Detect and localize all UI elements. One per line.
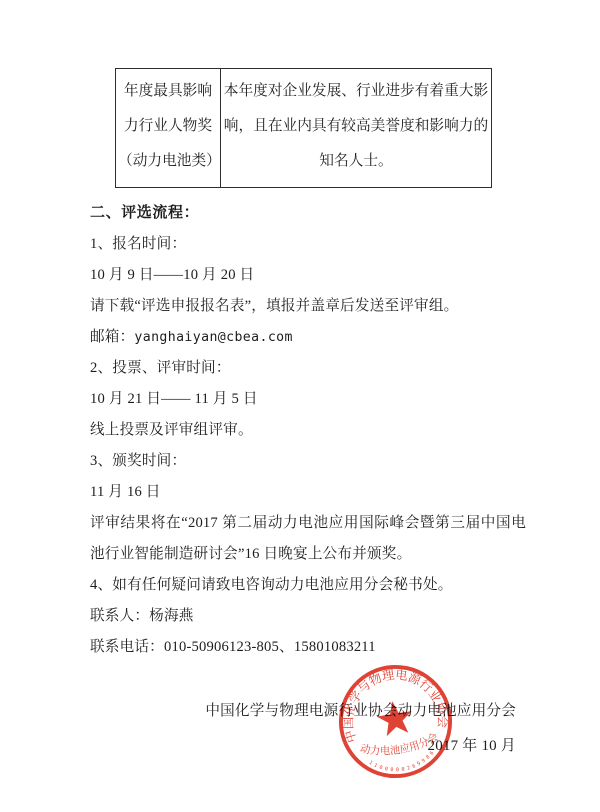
body-text: 二、评选流程： 1、报名时间： 10 月 9 日——10 月 20 日 请下载“…	[90, 198, 526, 663]
award-name-cell: 年度最具影响力行业人物奖（动力电池类）	[116, 69, 221, 188]
line-contact-person: 联系人：杨海燕	[90, 601, 526, 632]
line-ceremony-time: 3、颁奖时间：	[90, 446, 526, 477]
document-page: 年度最具影响力行业人物奖（动力电池类） 本年度对企业发展、行业进步有着重大影响，…	[0, 0, 600, 812]
line-online-voting: 线上投票及评审组评审。	[90, 415, 526, 446]
line-results-announcement: 评审结果将在“2017 第二届动力电池应用国际峰会暨第三届中国电池行业智能制造研…	[90, 508, 526, 570]
signature-date: 2017 年 10 月	[90, 736, 516, 756]
email-address: yanghaiyan@cbea.com	[134, 330, 292, 345]
signature-block: 中国化学与物理电源行业协会动力电池应用分会 2017 年 10 月	[90, 701, 516, 756]
award-table: 年度最具影响力行业人物奖（动力电池类） 本年度对企业发展、行业进步有着重大影响，…	[115, 68, 492, 188]
line-registration-dates: 10 月 9 日——10 月 20 日	[90, 260, 526, 291]
line-download-form: 请下载“评选申报报名表”，填报并盖章后发送至评审组。	[90, 291, 526, 322]
line-voting-dates: 10 月 21 日—— 11 月 5 日	[90, 384, 526, 415]
line-email: 邮箱：yanghaiyan@cbea.com	[90, 322, 526, 353]
line-ceremony-date: 11 月 16 日	[90, 477, 526, 508]
line-voting-time: 2、投票、评审时间：	[90, 353, 526, 384]
section-heading: 二、评选流程：	[90, 198, 526, 229]
award-description-cell: 本年度对企业发展、行业进步有着重大影响，且在业内具有较高美誉度和影响力的知名人士…	[221, 69, 492, 188]
signature-organization: 中国化学与物理电源行业协会动力电池应用分会	[90, 701, 516, 721]
table-row: 年度最具影响力行业人物奖（动力电池类） 本年度对企业发展、行业进步有着重大影响，…	[116, 69, 492, 188]
email-label: 邮箱：	[90, 329, 134, 345]
line-contact-phone: 联系电话：010-50906123-805、15801083211	[90, 632, 526, 663]
line-registration-time: 1、报名时间：	[90, 229, 526, 260]
line-questions: 4、如有任何疑问请致电咨询动力电池应用分会秘书处。	[90, 570, 526, 601]
